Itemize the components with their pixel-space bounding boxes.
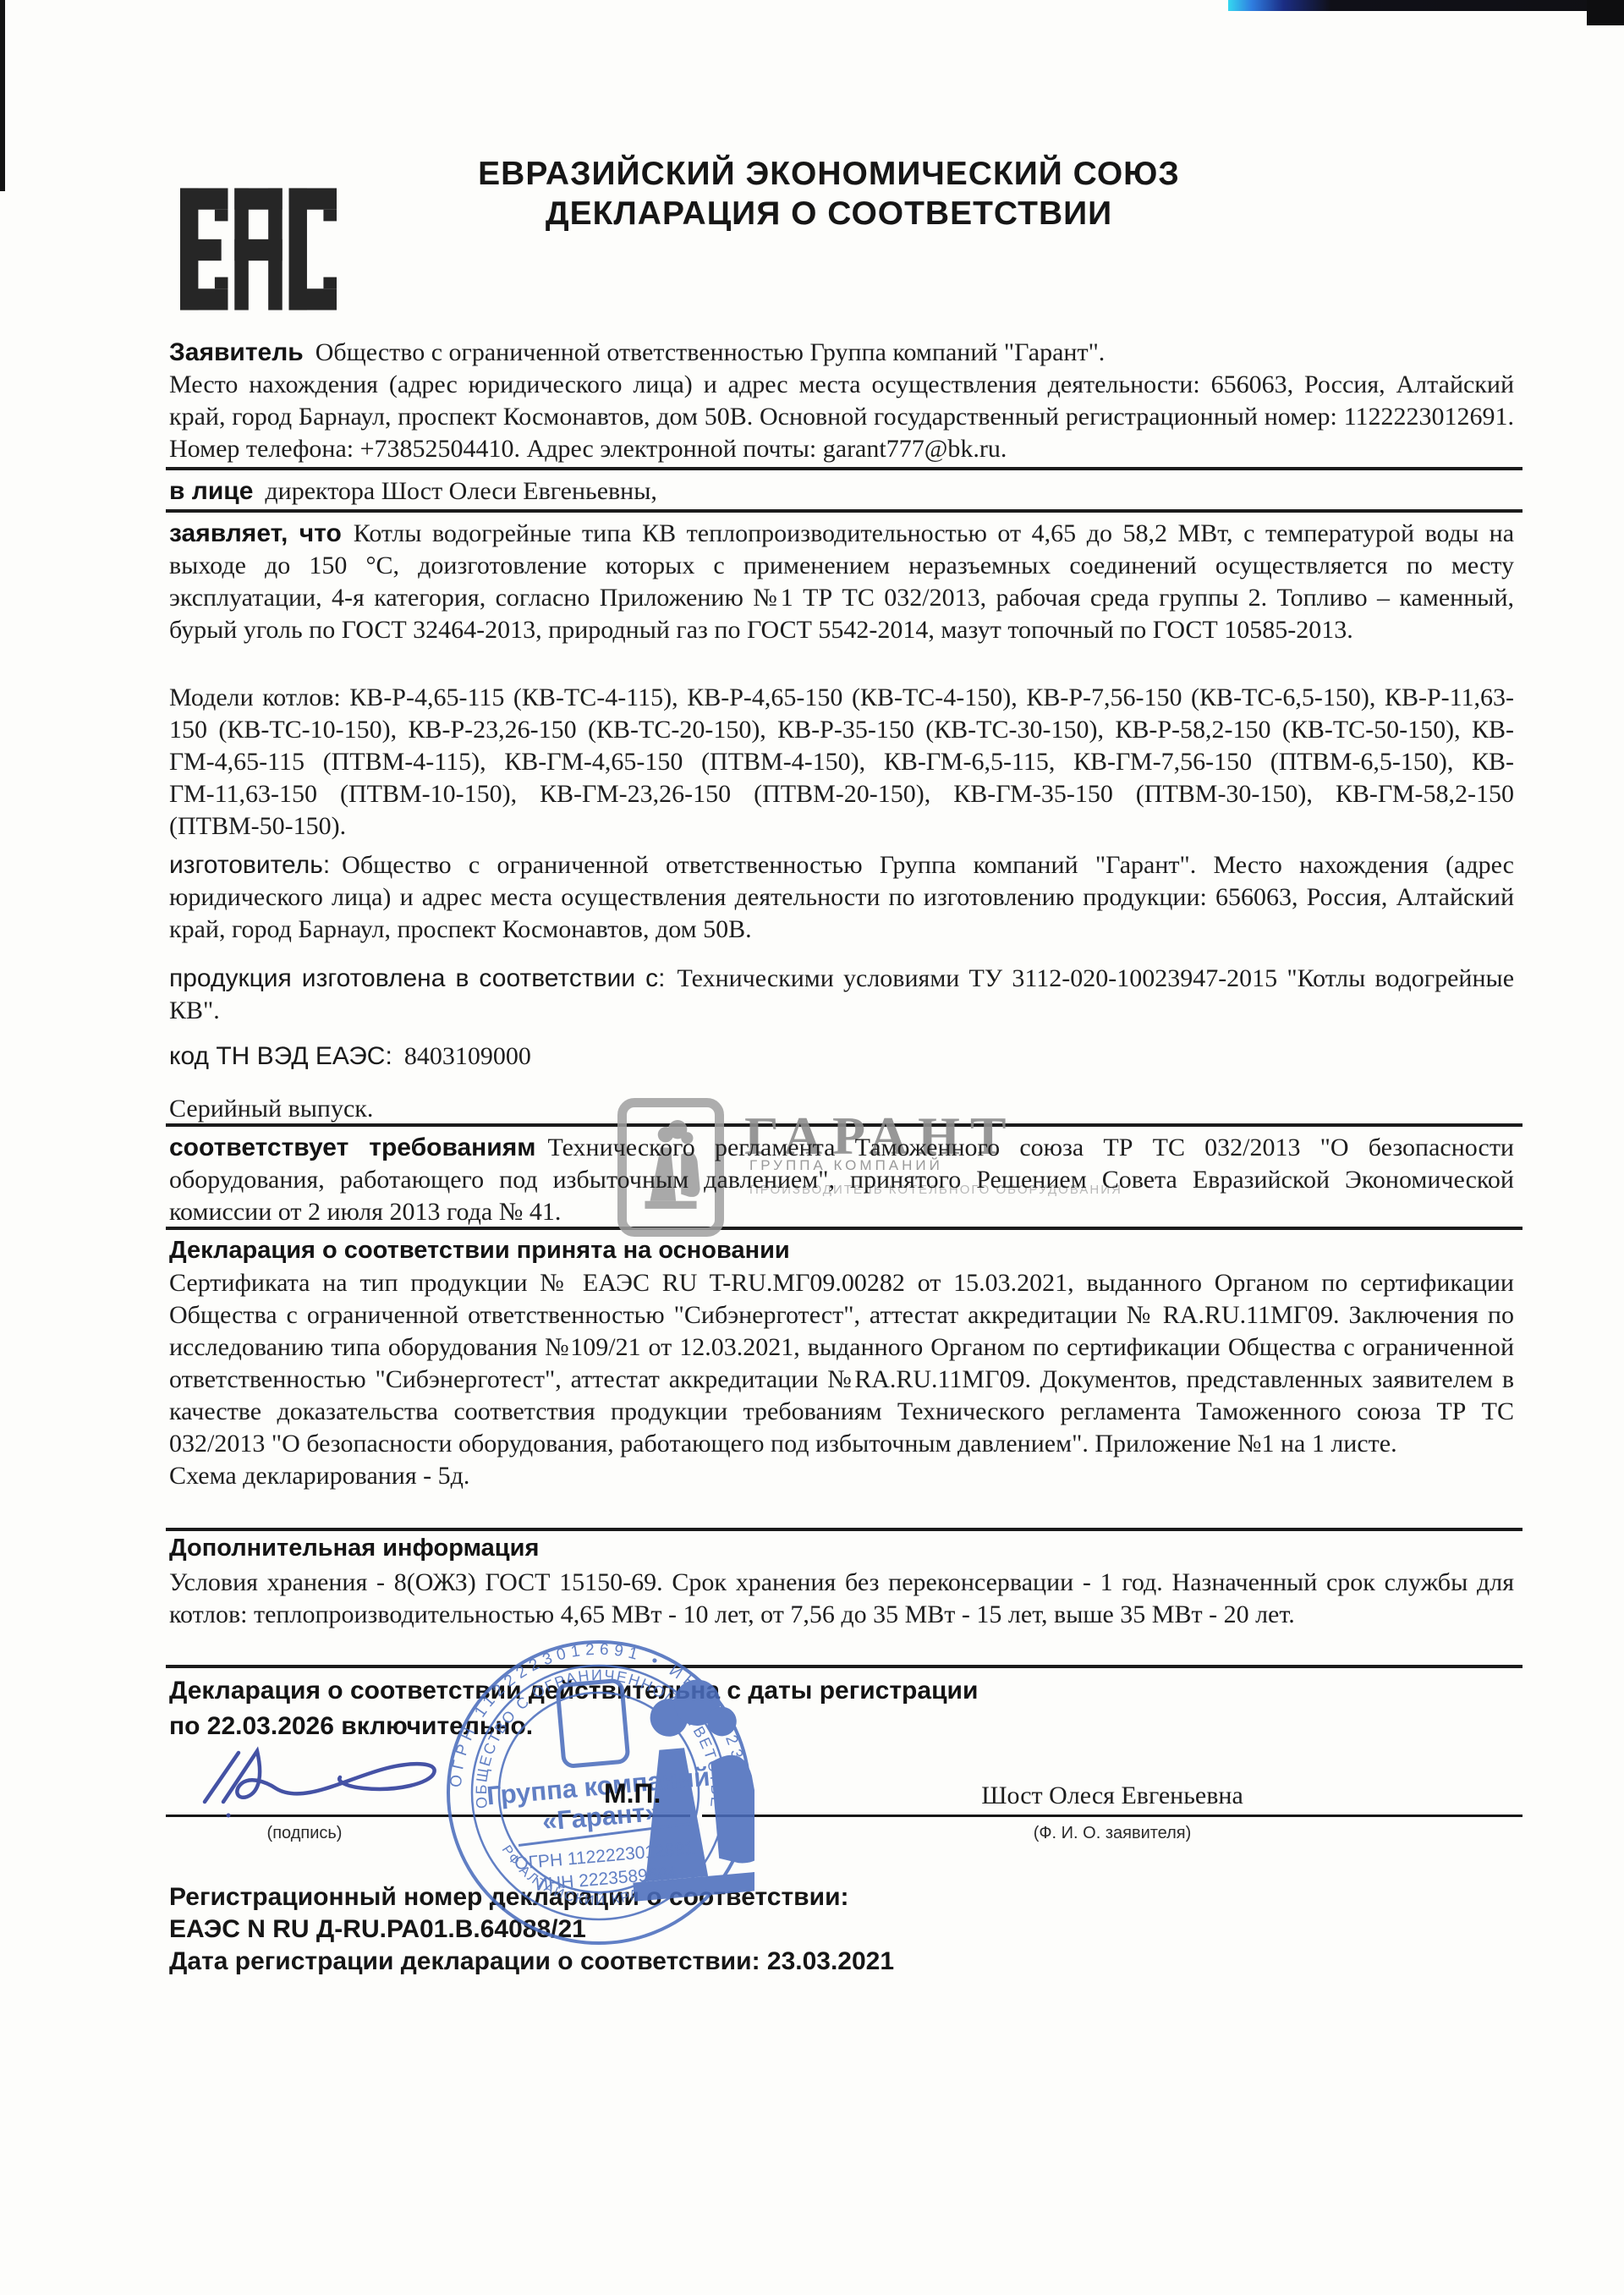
scan-edge-corner — [1587, 0, 1624, 25]
tnved-label: код ТН ВЭД ЕАЭС: — [169, 1042, 392, 1070]
divider-line-2 — [166, 509, 1522, 513]
conformity-paragraph: соответствует требованиямТехнического ре… — [169, 1132, 1514, 1228]
in-person-text: директора Шост Олеси Евгеньевны, — [265, 477, 657, 505]
scan-edge-left — [0, 0, 5, 191]
additional-heading: Дополнительная информация — [169, 1535, 539, 1562]
manufacturer-text: Общество с ограниченной ответственностью… — [169, 851, 1514, 943]
applicant-text: Общество с ограниченной ответственностью… — [315, 338, 1106, 366]
declares-label: заявляет, что — [169, 519, 342, 547]
models-paragraph: Модели котлов: КВ-Р-4,65-115 (КВ-ТС-4-11… — [169, 682, 1514, 843]
divider-line-1 — [166, 467, 1522, 470]
tnved-line: код ТН ВЭД ЕАЭС:8403109000 — [169, 1040, 1514, 1073]
declares-paragraph: заявляет, чтоКотлы водогрейные типа КВ т… — [169, 518, 1514, 646]
document-title: ЕВРАЗИЙСКИЙ ЭКОНОМИЧЕСКИЙ СОЮЗ ДЕКЛАРАЦИ… — [169, 154, 1489, 233]
declaration-document: ЕВРАЗИЙСКИЙ ЭКОНОМИЧЕСКИЙ СОЮЗ ДЕКЛАРАЦИ… — [0, 0, 1624, 2295]
signature-caption: (подпись) — [228, 1824, 381, 1843]
applicant-details: Место нахождения (адрес юридического лиц… — [169, 369, 1514, 465]
conformity-label: соответствует требованиям — [169, 1134, 535, 1161]
applicant-label: Заявитель — [169, 338, 304, 366]
manufacturer-label: изготовитель: — [169, 851, 330, 879]
applicant-name-caption: (Ф. И. О. заявителя) — [702, 1824, 1522, 1843]
handwritten-signature — [195, 1744, 457, 1825]
in-person-line: в лицедиректора Шост Олеси Евгеньевны, — [169, 475, 1514, 508]
basis-paragraph: Сертификата на тип продукции № ЕАЭС RU T… — [169, 1267, 1514, 1492]
applicant-name-line — [702, 1815, 1522, 1817]
basis-heading: Декларация о соответствии принята на осн… — [169, 1237, 790, 1265]
divider-line-6 — [166, 1665, 1522, 1668]
additional-text: Условия хранения - 8(ОЖЗ) ГОСТ 15150-69.… — [169, 1567, 1514, 1631]
applicant-paragraph: ЗаявительОбщество с ограниченной ответст… — [169, 337, 1514, 369]
company-round-stamp: ОГРН 1122223012691 • ИНН 2223589584 ОБЩЕ… — [443, 1637, 754, 1948]
manufacturer-paragraph: изготовитель:Общество с ограниченной отв… — [169, 849, 1514, 946]
scan-edge-top-bar — [1228, 0, 1624, 11]
title-union: ЕВРАЗИЙСКИЙ ЭКОНОМИЧЕСКИЙ СОЮЗ — [169, 154, 1489, 194]
divider-line-5 — [166, 1528, 1522, 1531]
in-person-label: в лице — [169, 477, 253, 505]
stamp-place-abbr: М.П. — [604, 1778, 661, 1809]
production-paragraph: продукция изготовлена в соответствии с:Т… — [169, 963, 1514, 1027]
basis-text: Сертификата на тип продукции № ЕАЭС RU T… — [169, 1267, 1514, 1460]
basis-scheme: Схема декларирования - 5д. — [169, 1460, 1514, 1492]
applicant-name: Шост Олеся Евгеньевна — [702, 1782, 1522, 1810]
declares-text: Котлы водогрейные типа КВ теплопроизводи… — [169, 519, 1514, 644]
production-label: продукция изготовлена в соответствии с: — [169, 964, 665, 992]
serial-line: Серийный выпуск. — [169, 1093, 1514, 1125]
tnved-value: 8403109000 — [404, 1042, 531, 1070]
registration-date: Дата регистрации декларации о соответств… — [169, 1946, 894, 1978]
title-declaration: ДЕКЛАРАЦИЯ О СООТВЕТСТВИИ — [169, 194, 1489, 233]
